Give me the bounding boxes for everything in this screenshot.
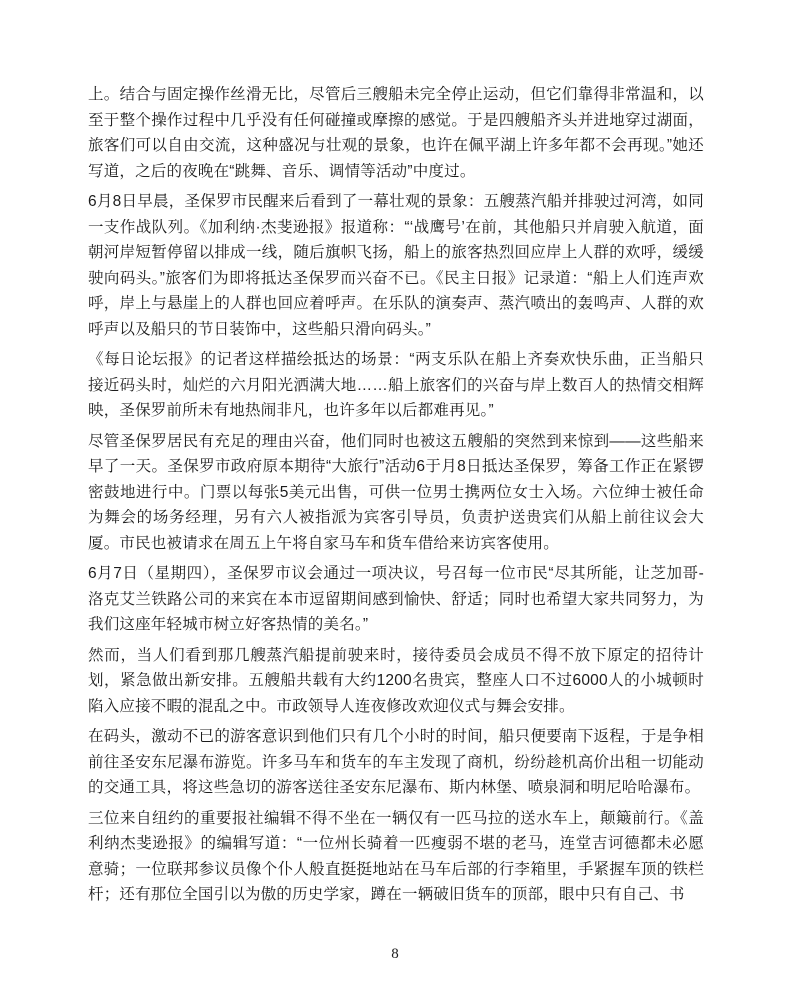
paragraph: 上。结合与固定操作丝滑无比，尽管后三艘船未完全停止运动，但它们靠得非常温和，以至… [88, 82, 704, 184]
paragraph: 尽管圣保罗居民有充足的理由兴奋，他们同时也被这五艘船的突然到来惊到——这些船来早… [88, 429, 704, 557]
body-text: 上。结合与固定操作丝滑无比，尽管后三艘船未完全停止运动，但它们靠得非常温和，以至… [88, 82, 704, 913]
paragraph: 6月7日（星期四），圣保罗市议会通过一项决议，号召每一位市民“尽其所能，让芝加哥… [88, 561, 704, 638]
page-number: 8 [0, 944, 790, 964]
paragraph: 三位来自纽约的重要报社编辑不得不坐在一辆仅有一匹马拉的送水车上，颠簸前行。《盖利… [88, 806, 704, 908]
paragraph: 《每日论坛报》的记者这样描绘抵达的场景：“两支乐队在船上齐奏欢快乐曲，正当船只接… [88, 347, 704, 424]
paragraph: 在码头，激动不已的游客意识到他们只有几个小时的时间，船只便要南下返程，于是争相前… [88, 724, 704, 801]
paragraph: 然而，当人们看到那几艘蒸汽船提前驶来时，接待委员会成员不得不放下原定的招待计划，… [88, 643, 704, 720]
document-page: 上。结合与固定操作丝滑无比，尽管后三艘船未完全停止运动，但它们靠得非常温和，以至… [0, 0, 790, 1000]
paragraph: 6月8日早晨，圣保罗市民醒来后看到了一幕壮观的景象：五艘蒸汽船并排驶过河湾，如同… [88, 189, 704, 342]
